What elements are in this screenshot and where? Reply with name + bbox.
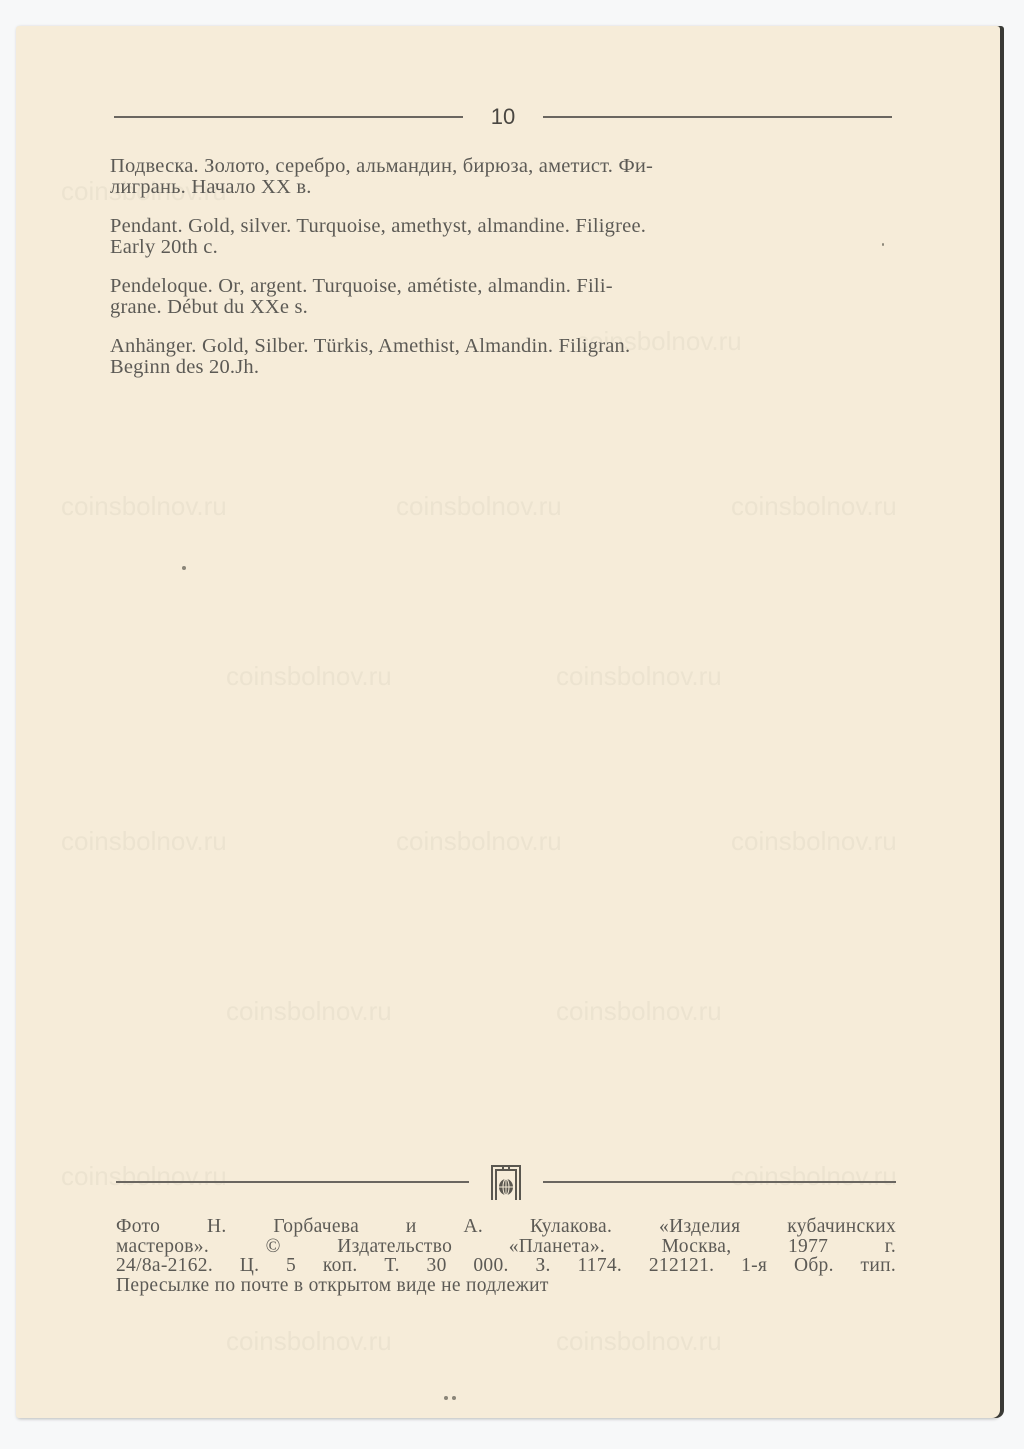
caption-fr: Pendeloque. Or, argent. Turquoise, améti…	[110, 276, 896, 318]
paper-speck	[452, 1396, 456, 1400]
footer-divider	[116, 1163, 896, 1201]
caption-line: Anhänger. Gold, Silber. Türkis, Amethist…	[110, 335, 630, 357]
caption-de: Anhänger. Gold, Silber. Türkis, Amethist…	[110, 336, 896, 378]
postcard-back: coinsbolnov.ru coinsbolnov.ru coinsbolno…	[16, 26, 1000, 1418]
watermark: coinsbolnov.ru	[396, 491, 562, 522]
watermark: coinsbolnov.ru	[556, 996, 722, 1027]
planeta-globe-emblem-icon	[489, 1163, 523, 1201]
captions: Подвеска. Золото, серебро, альмандин, би…	[110, 156, 896, 396]
header-rule-right	[543, 116, 892, 118]
page-number: 10	[463, 106, 543, 128]
watermark: coinsbolnov.ru	[226, 996, 392, 1027]
publisher-imprint: Фото Н. Горбачева и А. Кулакова. «Издели…	[116, 1217, 896, 1295]
imprint-line: 24/8а-2162. Ц. 5 коп. Т. 30 000. З. 1174…	[116, 1256, 896, 1276]
header-rule-left	[114, 116, 463, 118]
caption-line: Подвеска. Золото, серебро, альмандин, би…	[110, 155, 653, 177]
watermark: coinsbolnov.ru	[226, 661, 392, 692]
caption-ru: Подвеска. Золото, серебро, альмандин, би…	[110, 156, 896, 198]
caption-line: grane. Début du XXe s.	[110, 296, 308, 318]
caption-en: Pendant. Gold, silver. Turquoise, amethy…	[110, 216, 896, 258]
watermark: coinsbolnov.ru	[731, 491, 897, 522]
caption-line: Pendeloque. Or, argent. Turquoise, améti…	[110, 275, 613, 297]
caption-line: лигрань. Начало XX в.	[110, 176, 312, 198]
caption-line: Pendant. Gold, silver. Turquoise, amethy…	[110, 215, 646, 237]
footer-rule-left	[116, 1181, 469, 1183]
caption-line: Early 20th c.	[110, 236, 218, 258]
watermark: coinsbolnov.ru	[731, 826, 897, 857]
page-header: 10	[114, 106, 892, 128]
footer-rule-right	[543, 1181, 896, 1183]
paper-speck	[182, 566, 186, 570]
watermark: coinsbolnov.ru	[61, 826, 227, 857]
paper-speck	[444, 1396, 448, 1400]
watermark: coinsbolnov.ru	[556, 661, 722, 692]
imprint-line: Пересылке по почте в открытом виде не по…	[116, 1276, 896, 1296]
watermark: coinsbolnov.ru	[396, 826, 562, 857]
imprint-line: Фото Н. Горбачева и А. Кулакова. «Издели…	[116, 1217, 896, 1237]
watermark: coinsbolnov.ru	[61, 491, 227, 522]
watermark: coinsbolnov.ru	[556, 1326, 722, 1357]
imprint-line: мастеров». © Издательство «Планета». Мос…	[116, 1237, 896, 1257]
watermark: coinsbolnov.ru	[226, 1326, 392, 1357]
caption-line: Beginn des 20.Jh.	[110, 356, 259, 378]
